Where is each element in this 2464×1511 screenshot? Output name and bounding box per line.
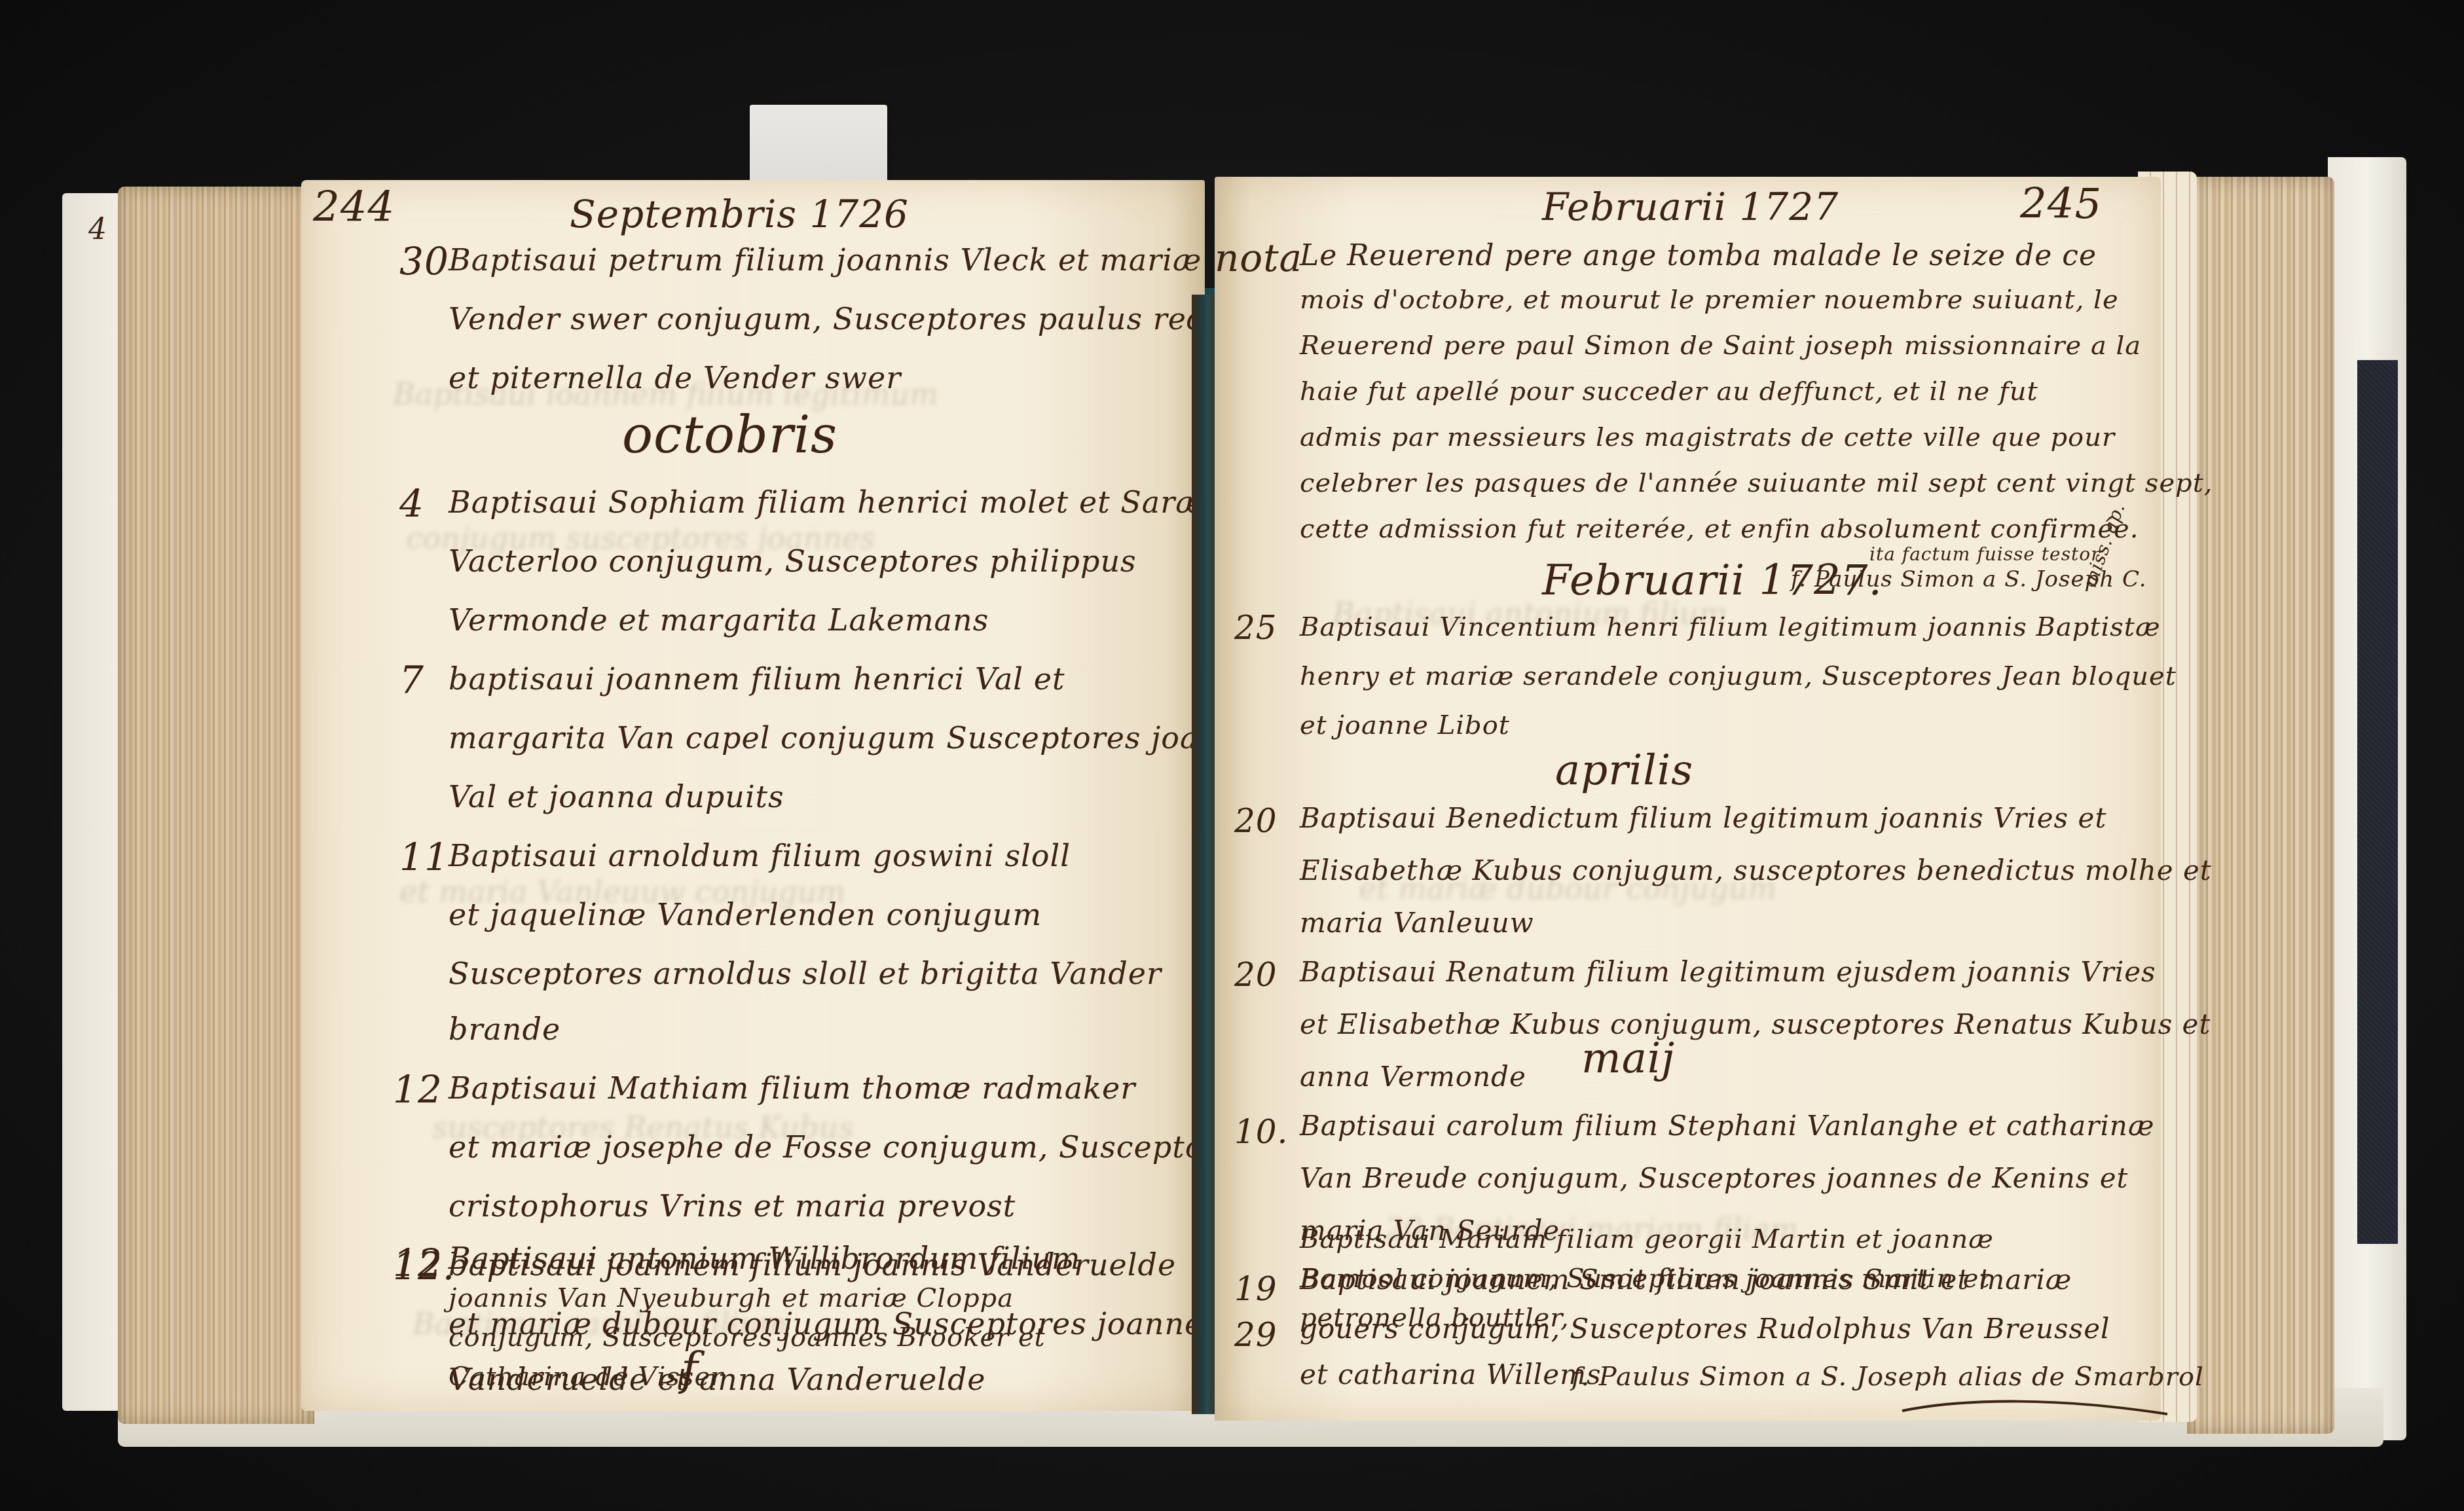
entry-day: 12: [393, 1067, 443, 1112]
entry-line: Baptisaui Mathiam filium thomæ radmaker: [449, 1070, 1135, 1106]
entry-line: Baptisaui antonium Willibrordum filium: [449, 1241, 1080, 1276]
attestation-note: ita factum fuisse testor: [1869, 543, 2101, 565]
entry-line: baptisaui joannem filium henrici Val et: [449, 661, 1065, 697]
entry-line: Baptisaui petrum filium joannis Vleck et…: [449, 242, 1202, 278]
entry-line: Vacterloo conjugum, Susceptores philippu…: [449, 543, 1137, 579]
page-header-month: Februarii 1727: [1542, 185, 1839, 229]
entry-line: henry et mariæ serandele conjugum, Susce…: [1300, 661, 2177, 691]
entry-line: et Elisabethæ Kubus conjugum, susceptore…: [1300, 1008, 2211, 1040]
entry-line: Baptisaui carolum filium Stephani Vanlan…: [1300, 1110, 2154, 1142]
entry-day: 10.: [1234, 1113, 1289, 1151]
entry-line: et jaquelinæ Vanderlenden conjugum: [449, 897, 1042, 932]
priest-signature: f. Paulus Simon a S. Joseph alias de Sma…: [1572, 1362, 2204, 1392]
entry-line: Baptisaui arnoldum filium goswini sloll: [449, 838, 1071, 873]
entry-day: 25: [1234, 609, 1278, 647]
entry-day: 20: [1234, 956, 1278, 994]
entry-line: Vender swer conjugum, Susceptores paulus…: [449, 301, 1260, 337]
entry-day: 19: [1234, 1270, 1278, 1308]
signature-underline-flourish: [1899, 1394, 2174, 1421]
month-heading-maij: maij: [1581, 1034, 1675, 1083]
entry-line: cristophorus Vrins et maria prevost: [449, 1188, 1016, 1224]
page-number: 244: [313, 183, 395, 232]
entry-day: 20: [1234, 802, 1278, 840]
book-spine-gutter: [1192, 295, 1218, 1414]
entry-line: brande: [449, 1011, 561, 1047]
note-line: haie fut apellé pour succeder au deffunc…: [1300, 376, 2038, 407]
entry-line: Baptisaui Vincentium henri filium legiti…: [1300, 612, 2161, 642]
left-page: Baptisaui ioannem filium legitimum conju…: [301, 180, 1205, 1411]
entry-line: joannis Van Nyeuburgh et mariæ Cloppa: [449, 1283, 1014, 1313]
entry-line: Baptisaui Renatum filium legitimum ejusd…: [1300, 956, 2156, 988]
entry-line: et piternella de Vender swer: [449, 360, 901, 395]
entry-day: 12: [393, 1241, 443, 1285]
entry-line: margarita Van capel conjugum Susceptores…: [449, 720, 1274, 755]
entry-line: Susceptores arnoldus sloll et brigitta V…: [449, 956, 1162, 991]
entry-line: Baptisaui Benedictum filium legitimum jo…: [1300, 802, 2106, 834]
entry-day: 29: [1234, 1316, 1278, 1354]
entry-line: anna Vermonde: [1300, 1061, 1526, 1093]
cloth-cover-strip: [2357, 360, 2398, 1244]
entry-line: maria Vanleuuw: [1300, 907, 1534, 939]
entry-line: Baptisaui Mariam filiam georgii Martin e…: [1300, 1224, 1994, 1254]
entry-line: et joanne Libot: [1300, 710, 1510, 740]
entry-line: Van Breude conjugum, Susceptores joannes…: [1300, 1162, 2128, 1194]
entry-line: Baptisaui Sophiam filiam henrici molet e…: [449, 484, 1204, 520]
page-header-month: Septembris 1726: [570, 192, 909, 236]
closing-flourish: f: [681, 1342, 699, 1396]
entry-line: et mariæ josephe de Fosse conjugum, Susc…: [449, 1129, 1253, 1165]
note-line: cette admission fut reiterée, et enfin a…: [1300, 514, 2139, 544]
entry-line: conjugum, Susceptores joannes Brooker et: [449, 1322, 1046, 1353]
month-heading-octobris: octobris: [622, 406, 837, 465]
entry-line: et catharina Willems: [1300, 1358, 1602, 1391]
left-page-block-edges: [118, 187, 314, 1424]
entry-day: 11: [399, 835, 449, 879]
entry-line: Val et joanna dupuits: [449, 779, 784, 814]
entry-line: petronella bouttler,: [1300, 1303, 1570, 1333]
entry-day: 4: [399, 481, 424, 526]
entry-line: Vermonde et margarita Lakemans: [449, 602, 989, 638]
entry-line: Bomool conjugum, Susceptores joannes mar…: [1300, 1264, 1991, 1294]
note-line: mois d'octobre, et mourut le premier nou…: [1300, 285, 2119, 315]
month-heading-aprilis: aprilis: [1555, 746, 1693, 795]
entry-day: 30: [399, 239, 449, 283]
margin-mark: 4: [88, 213, 107, 246]
entry-line: Elisabethæ Kubus conjugum, susceptores b…: [1300, 854, 2212, 886]
entry-day: 7: [399, 658, 424, 702]
note-line: admis par messieurs les magistrats de ce…: [1300, 422, 2115, 452]
right-page-block-edges: [2187, 177, 2334, 1434]
page-number: 245: [2020, 180, 2102, 228]
note-line: Reuerend pere paul Simon de Saint joseph…: [1300, 331, 2141, 361]
note-line: celebrer les pasques de l'année suiuante…: [1300, 468, 2213, 498]
note-line: Le Reuerend pere ange tomba malade le se…: [1300, 239, 2097, 272]
margin-note-label: nota: [1215, 236, 1302, 280]
